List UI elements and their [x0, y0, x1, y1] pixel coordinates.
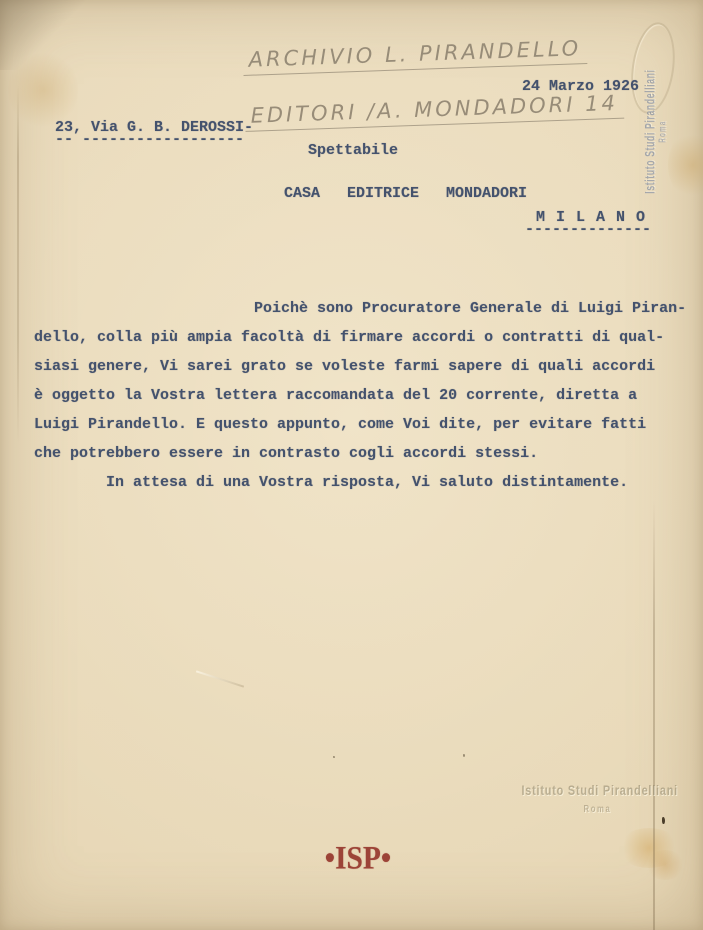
date-line: 24 Marzo 1926	[522, 78, 639, 95]
institute-stamp-bottom: Istituto Studi Pirandelliani Roma	[521, 782, 673, 815]
isp-logo: •ISP•	[311, 839, 406, 877]
paper-crease	[17, 85, 19, 445]
paper-stain	[668, 130, 703, 200]
body-line: che potrebbero essere in contrasto cogli…	[34, 439, 684, 468]
ink-speck	[463, 754, 465, 757]
body-line: dello, colla più ampia facoltà di firmar…	[34, 323, 684, 352]
archive-annotation-line2: EDITORI /A. MONDADORI 14	[244, 91, 624, 132]
salutation: Spettabile	[308, 142, 398, 159]
ink-speck	[662, 817, 665, 824]
body-line: è oggetto la Vostra lettera raccomandata…	[34, 381, 684, 410]
institute-stamp-vertical: Istituto Studi Pirandelliani Roma	[642, 60, 669, 203]
paper-crease	[196, 670, 244, 687]
paper-stain	[645, 850, 685, 880]
recipient-company: CASA EDITRICE MONDADORI	[284, 185, 527, 202]
corner-shadow	[0, 0, 90, 70]
body-line: Poichè sono Procuratore Generale di Luig…	[34, 294, 684, 323]
paper-crease	[653, 500, 655, 930]
body-closing-line: In attesa di una Vostra risposta, Vi sal…	[34, 468, 684, 497]
body-line: siasi genere, Vi sarei grato se voleste …	[34, 352, 684, 381]
institute-stamp-name: Istituto Studi Pirandelliani	[521, 782, 673, 798]
letter-body: Poichè sono Procuratore Generale di Luig…	[34, 294, 684, 497]
institute-stamp-name: Istituto Studi Pirandelliani	[642, 60, 658, 203]
letter-scan-page: ARCHIVIO L. PIRANDELLO EDITORI /A. MONDA…	[0, 0, 703, 930]
institute-stamp-city: Roma	[521, 804, 673, 815]
ink-speck	[333, 756, 335, 758]
archive-annotation-line1: ARCHIVIO L. PIRANDELLO	[242, 36, 587, 76]
institute-stamp-city: Roma	[658, 60, 669, 203]
recipient-city-underline: --------------	[525, 221, 651, 238]
sender-address-underline: -- ------------------	[55, 131, 244, 148]
paper-stain	[618, 828, 680, 868]
body-line: Luigi Pirandello. E questo appunto, come…	[34, 410, 684, 439]
